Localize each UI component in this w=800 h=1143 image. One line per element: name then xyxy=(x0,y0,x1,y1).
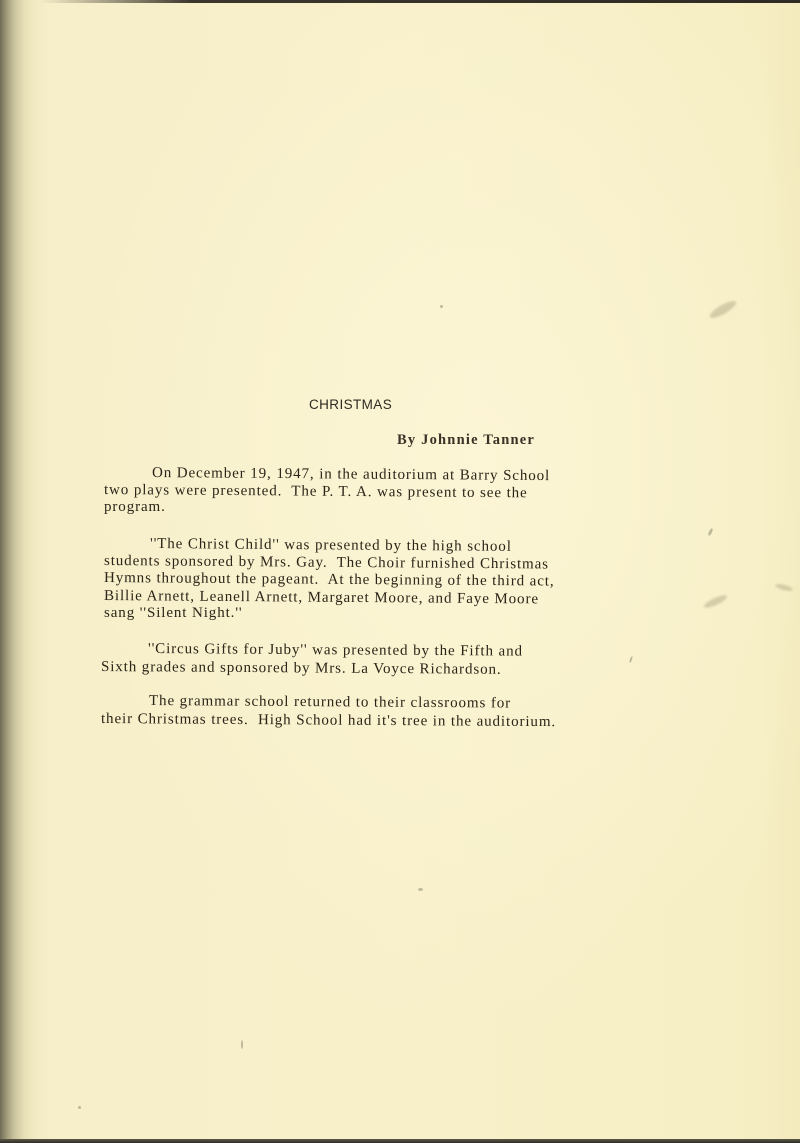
paper-smudge xyxy=(708,298,738,321)
paragraph-1-line-3: program. xyxy=(104,499,166,516)
paper-speck xyxy=(241,1040,243,1049)
article-title: CHRISTMAS xyxy=(309,396,392,413)
paper-speck xyxy=(629,656,633,663)
paper-smudge xyxy=(775,583,794,592)
paper-smudge xyxy=(703,593,729,610)
scanned-page: CHRISTMAS By Johnnie Tanner On December … xyxy=(0,0,800,1143)
paragraph-3-line-2: Sixth grades and sponsored by Mrs. La Vo… xyxy=(101,659,502,679)
page-top-edge xyxy=(40,0,800,3)
paper-speck xyxy=(78,1106,81,1109)
paragraph-2-line-3: Hymns throughout the pageant. At the beg… xyxy=(104,570,555,591)
paper-speck xyxy=(418,888,423,891)
paragraph-4-line-2: their Christmas trees. High School had i… xyxy=(101,711,556,731)
page-bottom-edge xyxy=(0,1139,800,1143)
paragraph-4-line-1: The grammar school returned to their cla… xyxy=(149,693,511,713)
paper-speck xyxy=(440,305,443,308)
paragraph-2-line-5: sang ''Silent Night.'' xyxy=(104,605,243,622)
paragraph-1-line-2: two plays were presented. The P. T. A. w… xyxy=(104,482,528,502)
article-byline: By Johnnie Tanner xyxy=(397,432,535,449)
paragraph-3-line-1: ''Circus Gifts for Juby'' was presented … xyxy=(148,641,523,661)
paper-speck xyxy=(707,528,713,537)
